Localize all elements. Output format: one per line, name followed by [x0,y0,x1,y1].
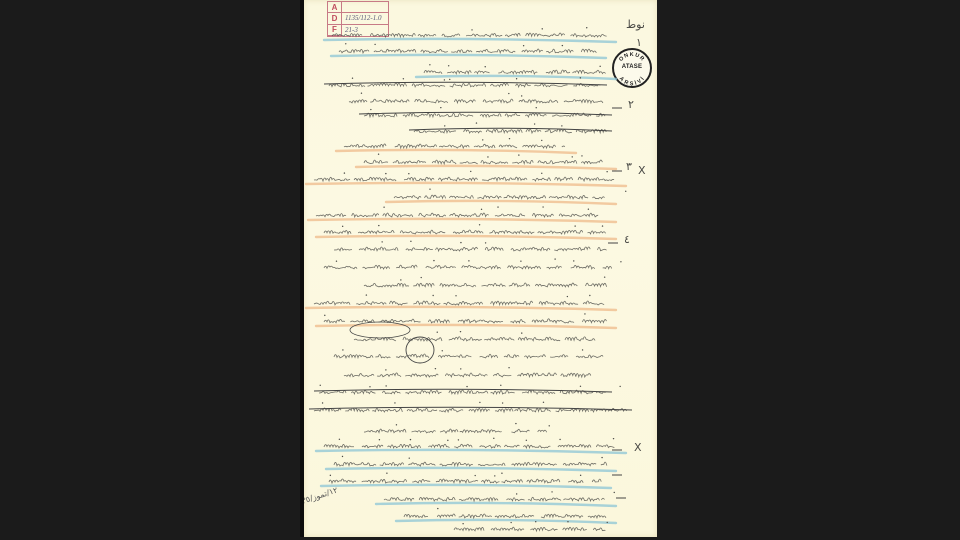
cross-mark-2: X [634,441,642,454]
margin-date: ١٢/تموز/٣٥ [304,485,339,505]
margin-item-1: ١ [636,36,642,49]
margin-item-2: ٢ [628,98,634,111]
margin-item-3: ٣ [626,160,632,173]
margin-item-4: ٤ [624,233,630,246]
margin-header: نوط [626,18,645,31]
cross-mark-1: X [638,164,646,177]
margin-annotations: نوط ١ ٢ ٣ ٤ X X ١٢/تموز/٣٥ [304,0,657,537]
